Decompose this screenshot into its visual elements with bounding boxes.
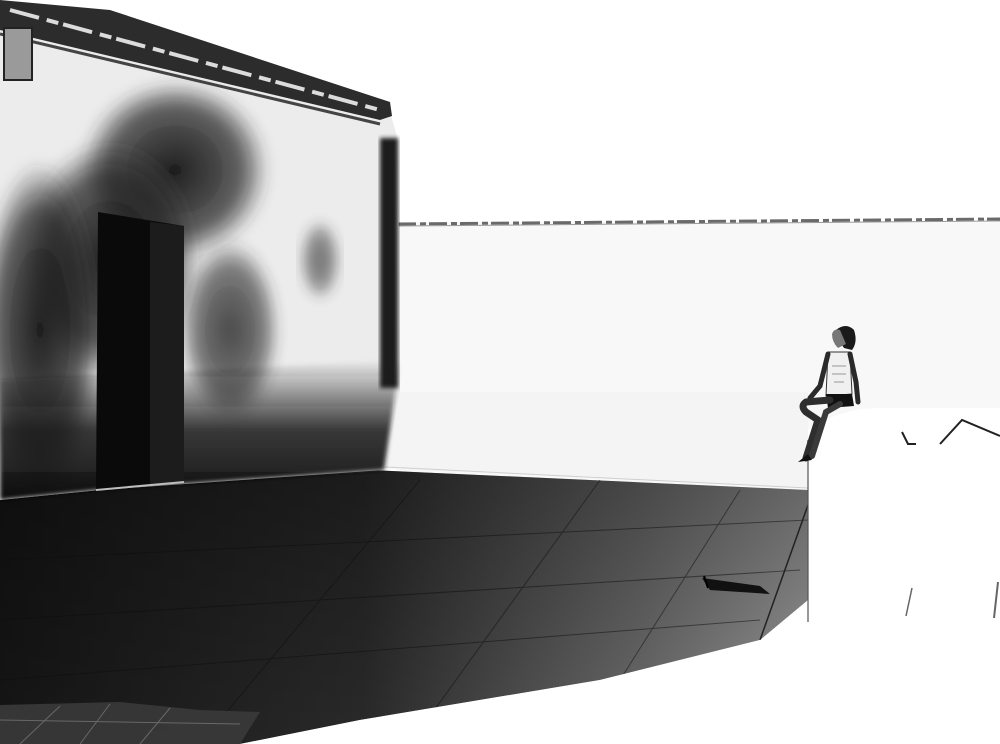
white-block [808,408,1000,622]
photo-scene: High-contrast black and white photograph… [0,0,1000,744]
photo-canvas [0,0,1000,744]
dark-doorway [96,212,184,490]
